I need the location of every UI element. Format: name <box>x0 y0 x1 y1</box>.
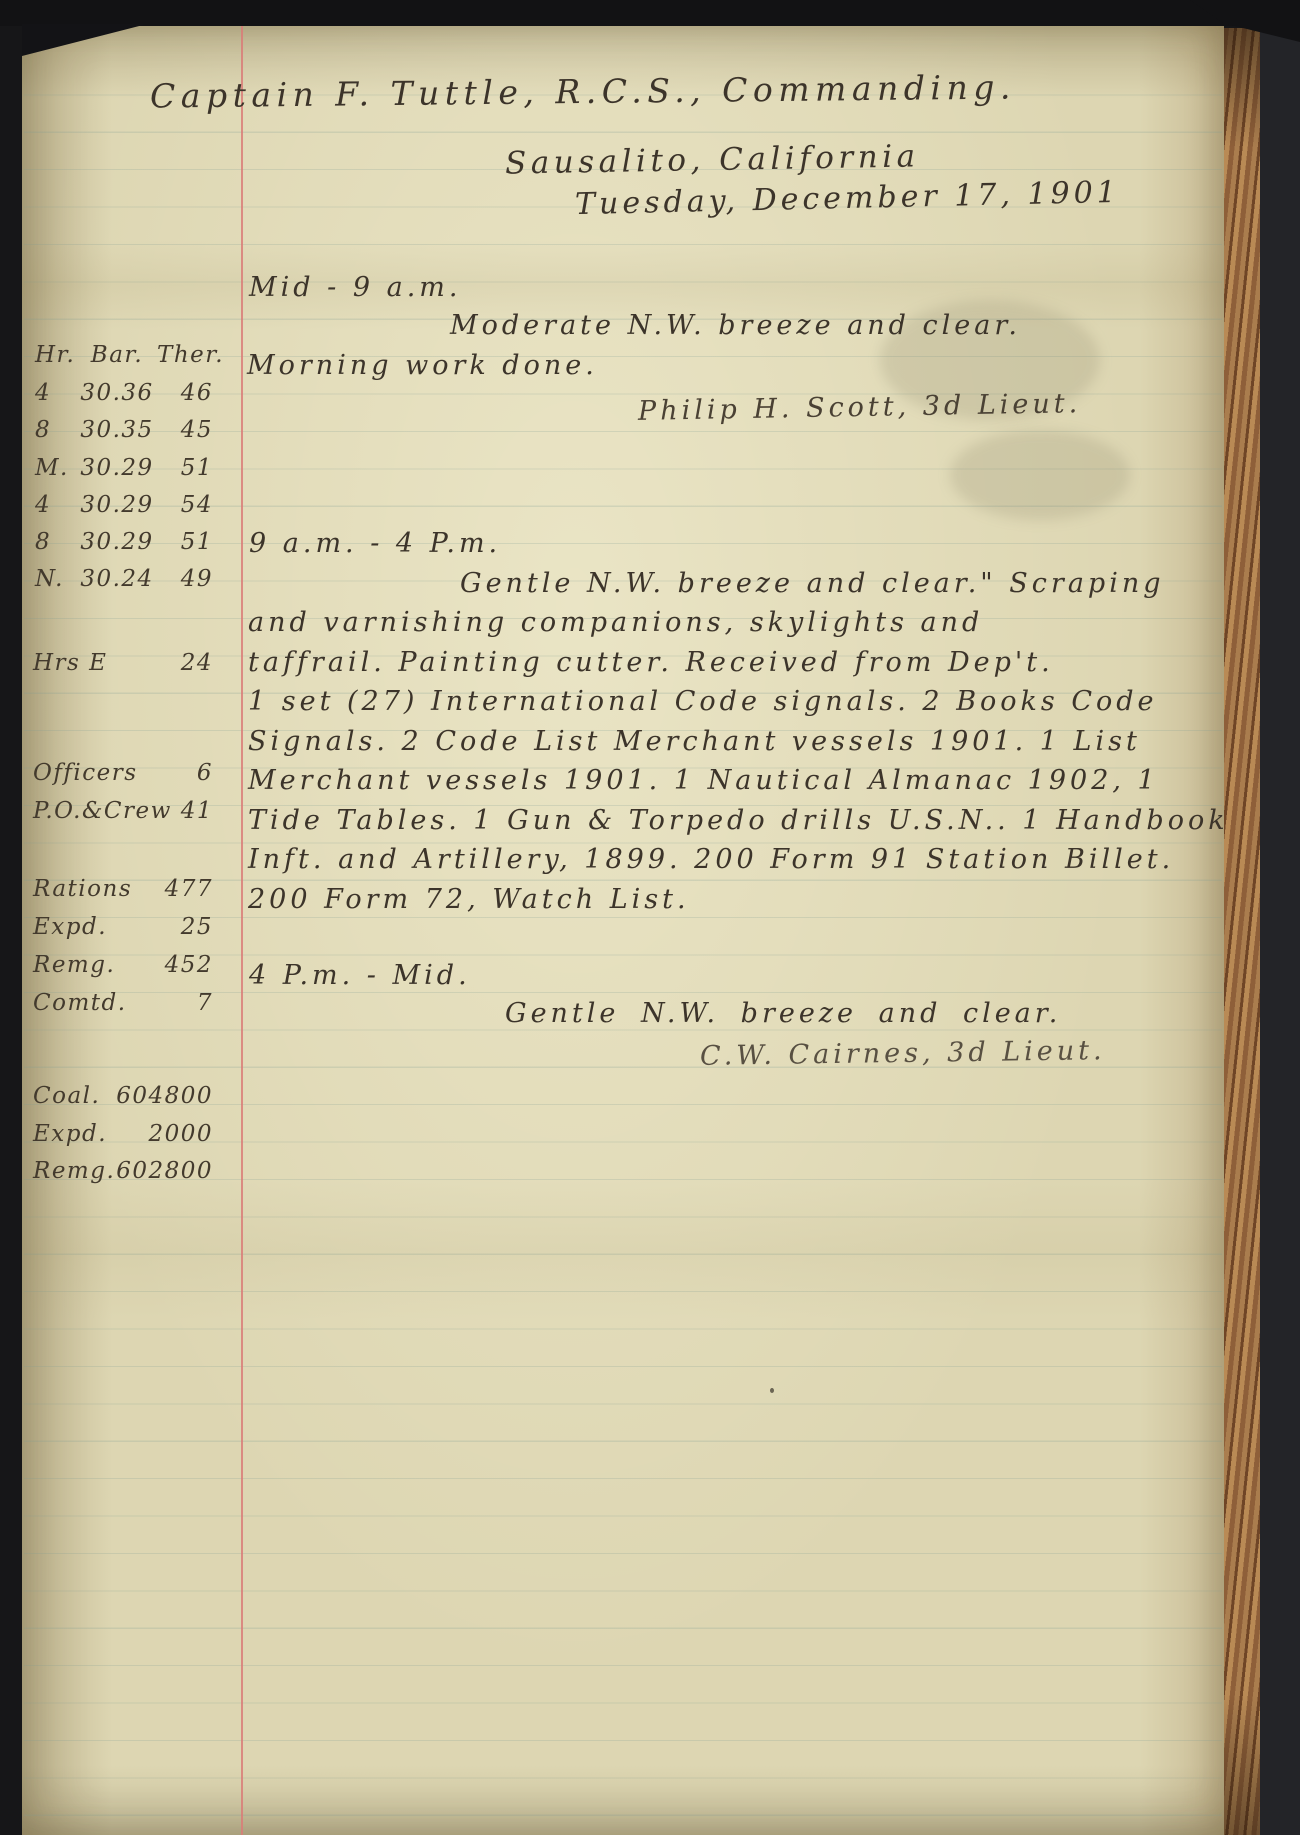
margin-coal-remg-row: Remg. 602800 <box>33 1158 213 1184</box>
weather-ther: 49 <box>157 566 213 592</box>
red-margin-line <box>241 24 243 1835</box>
coal-value: 604800 <box>116 1083 213 1109</box>
coal-expd-value: 2000 <box>148 1121 213 1147</box>
margin-rations-remg-row: Remg. 452 <box>33 952 213 978</box>
header-location: Sausalito, California <box>505 138 920 181</box>
log-line: Tide Tables. 1 Gun & Torpedo drills U.S.… <box>248 805 1229 836</box>
log-line: Gentle N.W. breeze and clear." Scraping <box>460 568 1165 599</box>
crew-label: P.O.&Crew <box>33 798 172 824</box>
coal-remg-label: Remg. <box>33 1158 115 1184</box>
book-page-edges <box>1224 28 1260 1835</box>
weather-bar: 30.24 <box>77 566 157 592</box>
log-line: Gentle N.W. breeze and clear. <box>505 998 1061 1029</box>
weather-bar: 30.29 <box>77 492 157 518</box>
weather-hr: N. <box>35 566 77 592</box>
rations-remg-label: Remg. <box>33 952 115 978</box>
weather-ther: 45 <box>157 417 213 443</box>
weather-hr: 8 <box>35 417 77 443</box>
weather-row: 4 30.36 46 <box>35 380 213 406</box>
weather-hr: 4 <box>35 492 77 518</box>
log-line: Merchant vessels 1901. 1 Nautical Almana… <box>248 765 1159 796</box>
weather-bar: 30.36 <box>77 380 157 406</box>
log-line: 1 set (27) International Code signals. 2… <box>248 686 1158 717</box>
weather-bar: 30.35 <box>77 417 157 443</box>
officers-label: Officers <box>33 760 138 786</box>
weather-ther: 51 <box>157 529 213 555</box>
rations-expd-label: Expd. <box>33 914 107 940</box>
weather-table-header: Hr. Bar. Ther. <box>35 342 213 368</box>
weather-hr: M. <box>35 455 77 481</box>
crew-value: 41 <box>181 798 213 824</box>
hours-label: Hrs E <box>33 650 107 676</box>
rations-remg-value: 452 <box>165 952 213 978</box>
show-through-smudge <box>950 430 1130 520</box>
margin-coal-expd-row: Expd. 2000 <box>33 1121 213 1147</box>
log-line: Morning work done. <box>247 350 598 381</box>
signature-cw-cairnes: C.W. Cairnes, 3d Lieut. <box>700 1035 1106 1072</box>
weather-col-ther: Ther. <box>157 342 213 368</box>
log-line: Inft. and Artillery, 1899. 200 Form 91 S… <box>248 844 1174 875</box>
officers-value: 6 <box>197 760 213 786</box>
ink-speck <box>770 1388 774 1393</box>
weather-col-bar: Bar. <box>77 342 157 368</box>
rations-label: Rations <box>33 876 132 902</box>
margin-officers-row: Officers 6 <box>33 760 213 786</box>
margin-rations-expd-row: Expd. 25 <box>33 914 213 940</box>
weather-ther: 46 <box>157 380 213 406</box>
margin-rations-comtd-row: Comtd. 7 <box>33 990 213 1016</box>
margin-hours-row: Hrs E 24 <box>33 650 213 676</box>
watch-heading-9am-4pm: 9 a.m. - 4 P.m. <box>249 528 501 559</box>
weather-bar: 30.29 <box>77 529 157 555</box>
rations-comtd-label: Comtd. <box>33 990 127 1016</box>
weather-row: 4 30.29 54 <box>35 492 213 518</box>
coal-label: Coal. <box>33 1083 100 1109</box>
margin-crew-row: P.O.&Crew 41 <box>33 798 213 824</box>
weather-hr: 4 <box>35 380 77 406</box>
background-left <box>0 0 22 1835</box>
weather-row: M. 30.29 51 <box>35 455 213 481</box>
rations-value: 477 <box>165 876 213 902</box>
background-top <box>0 0 1300 26</box>
log-line: taffrail. Painting cutter. Received from… <box>248 647 1054 678</box>
log-line: Moderate N.W. breeze and clear. <box>450 310 1021 341</box>
rations-expd-value: 25 <box>181 914 213 940</box>
page-corner-shadow <box>22 24 147 56</box>
weather-row: N. 30.24 49 <box>35 566 213 592</box>
coal-remg-value: 602800 <box>116 1158 213 1184</box>
weather-ther: 51 <box>157 455 213 481</box>
weather-bar: 30.29 <box>77 455 157 481</box>
log-line: Signals. 2 Code List Merchant vessels 19… <box>248 726 1141 757</box>
scan-shading <box>22 1180 1224 1320</box>
rations-comtd-value: 7 <box>197 990 213 1016</box>
weather-row: 8 30.35 45 <box>35 417 213 443</box>
weather-col-hr: Hr. <box>35 342 77 368</box>
watch-heading-mid-9am: Mid - 9 a.m. <box>249 272 461 303</box>
background-right <box>1260 0 1300 1835</box>
coal-expd-label: Expd. <box>33 1121 107 1147</box>
log-line: 200 Form 72, Watch List. <box>248 884 690 915</box>
logbook-scan: Captain F. Tuttle, R.C.S., Commanding. S… <box>0 0 1300 1835</box>
weather-row: 8 30.29 51 <box>35 529 213 555</box>
weather-hr: 8 <box>35 529 77 555</box>
weather-ther: 54 <box>157 492 213 518</box>
watch-heading-4pm-mid: 4 P.m. - Mid. <box>249 960 471 991</box>
margin-rations-row: Rations 477 <box>33 876 213 902</box>
margin-coal-row: Coal. 604800 <box>33 1083 213 1109</box>
log-line: and varnishing companions, skylights and <box>248 607 983 638</box>
hours-value: 24 <box>181 650 213 676</box>
